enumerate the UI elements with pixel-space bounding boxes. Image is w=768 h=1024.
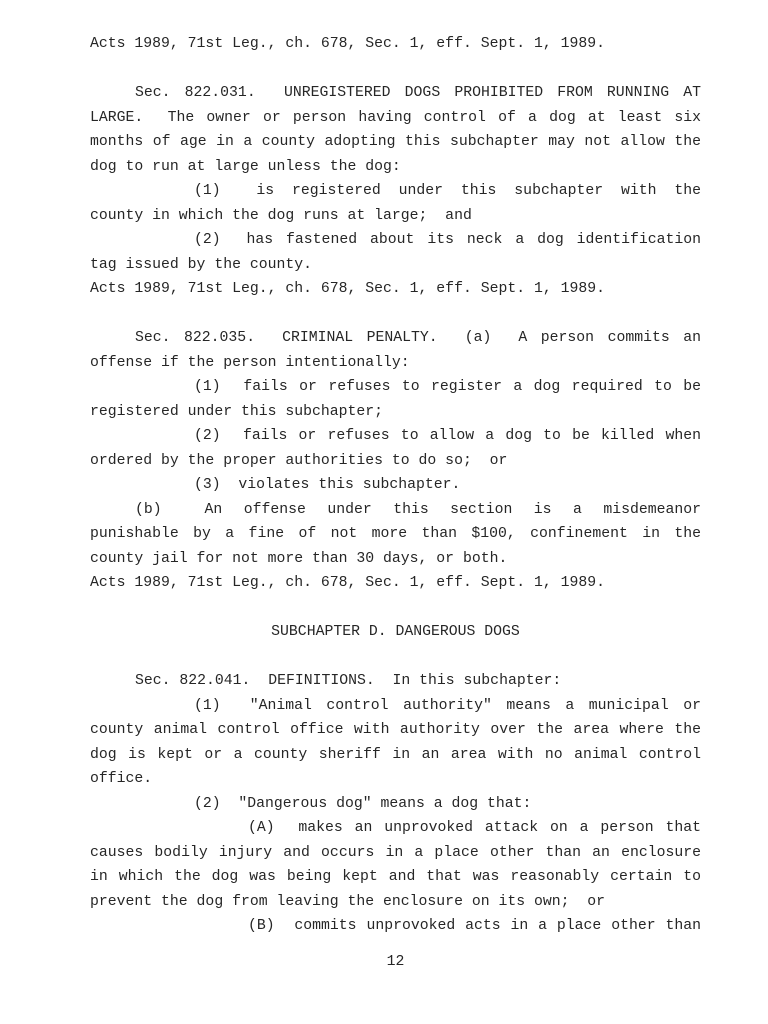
text-line: LARGE. The owner or person having contro… bbox=[90, 106, 701, 131]
text-line: office. bbox=[90, 767, 701, 792]
text-line: causes bodily injury and occurs in a pla… bbox=[90, 841, 701, 866]
text-line: in which the dog was being kept and that… bbox=[90, 865, 701, 890]
text-line: Acts 1989, 71st Leg., ch. 678, Sec. 1, e… bbox=[90, 571, 701, 596]
text-line: tag issued by the county. bbox=[90, 253, 701, 278]
text-line: (1) fails or refuses to register a dog r… bbox=[90, 375, 701, 400]
text-line: prevent the dog from leaving the enclosu… bbox=[90, 890, 701, 915]
text-line: Sec. 822.031. UNREGISTERED DOGS PROHIBIT… bbox=[90, 81, 701, 106]
text-line: county jail for not more than 30 days, o… bbox=[90, 547, 701, 572]
text-line: (A) makes an unprovoked attack on a pers… bbox=[90, 816, 701, 841]
text-line: Acts 1989, 71st Leg., ch. 678, Sec. 1, e… bbox=[90, 32, 701, 57]
text-line: registered under this subchapter; bbox=[90, 400, 701, 425]
text-line: (3) violates this subchapter. bbox=[90, 473, 701, 498]
text-line: punishable by a fine of not more than $1… bbox=[90, 522, 701, 547]
blank-line bbox=[90, 302, 701, 327]
text-line: county in which the dog runs at large; a… bbox=[90, 204, 701, 229]
blank-line bbox=[90, 596, 701, 621]
page-number: 12 bbox=[90, 950, 701, 975]
document-page: Acts 1989, 71st Leg., ch. 678, Sec. 1, e… bbox=[0, 0, 768, 1024]
blank-line bbox=[90, 57, 701, 82]
blank-line bbox=[90, 645, 701, 670]
text-line: (b) An offense under this section is a m… bbox=[90, 498, 701, 523]
text-line: months of age in a county adopting this … bbox=[90, 130, 701, 155]
text-line: (1) is registered under this subchapter … bbox=[90, 179, 701, 204]
text-line: (2) has fastened about its neck a dog id… bbox=[90, 228, 701, 253]
text-line: ordered by the proper authorities to do … bbox=[90, 449, 701, 474]
text-line: (B) commits unprovoked acts in a place o… bbox=[90, 914, 701, 939]
text-line: Sec. 822.041. DEFINITIONS. In this subch… bbox=[90, 669, 701, 694]
text-line: offense if the person intentionally: bbox=[90, 351, 701, 376]
text-line: county animal control office with author… bbox=[90, 718, 701, 743]
statute-text: Acts 1989, 71st Leg., ch. 678, Sec. 1, e… bbox=[90, 32, 701, 939]
text-line: (2) fails or refuses to allow a dog to b… bbox=[90, 424, 701, 449]
text-line: Sec. 822.035. CRIMINAL PENALTY. (a) A pe… bbox=[90, 326, 701, 351]
text-line: SUBCHAPTER D. DANGEROUS DOGS bbox=[90, 620, 701, 645]
text-line: (1) "Animal control authority" means a m… bbox=[90, 694, 701, 719]
text-line: dog is kept or a county sheriff in an ar… bbox=[90, 743, 701, 768]
text-line: (2) "Dangerous dog" means a dog that: bbox=[90, 792, 701, 817]
text-line: dog to run at large unless the dog: bbox=[90, 155, 701, 180]
text-line: Acts 1989, 71st Leg., ch. 678, Sec. 1, e… bbox=[90, 277, 701, 302]
